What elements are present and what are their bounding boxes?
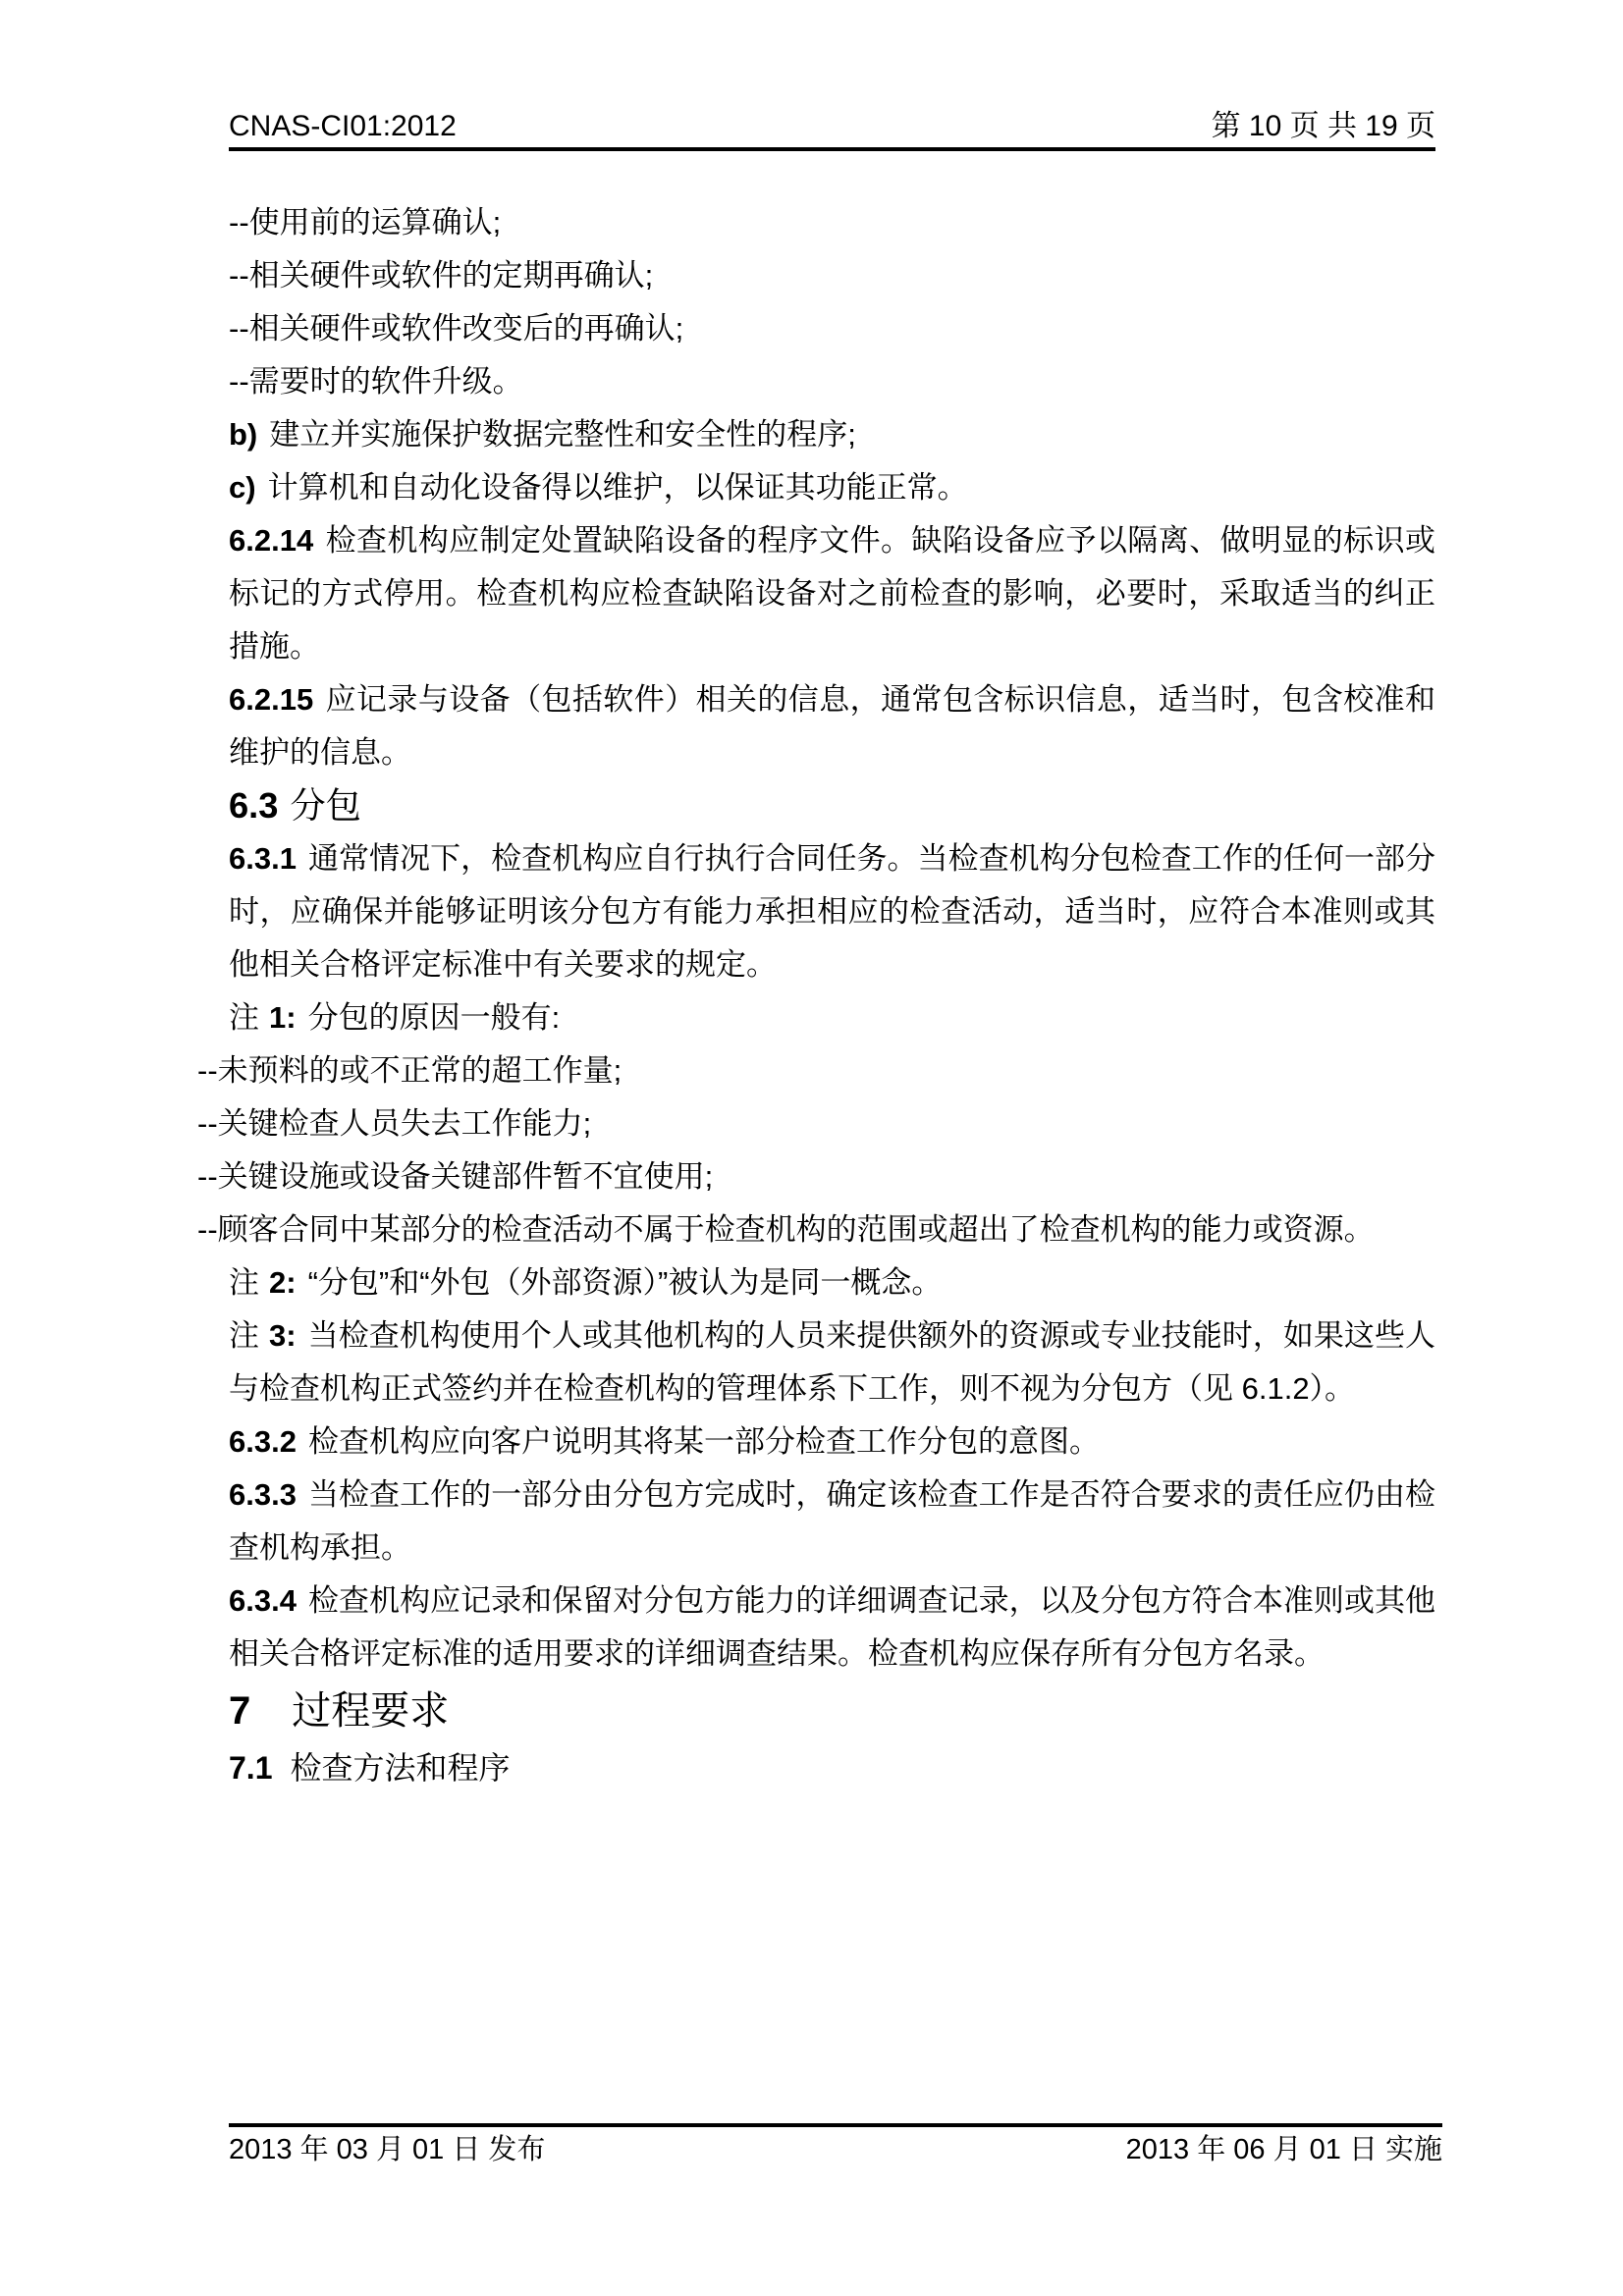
note-2: 注2:“分包”和“外包（外部资源）”被认为是同一概念。 bbox=[229, 1256, 1435, 1309]
clause-6-3-4: 6.3.4检查机构应记录和保留对分包方能力的详细调查记录，以及分包方符合本准则或… bbox=[229, 1575, 1435, 1681]
heading-section-7: 7过程要求 bbox=[229, 1681, 1435, 1741]
letter-item-text: 建立并实施保护数据完整性和安全性的程序; bbox=[269, 417, 856, 452]
note-text: 当检查机构使用个人或其他机构的人员来提供额外的资源或专业技能时，如果这些人与检查… bbox=[229, 1318, 1435, 1406]
clause-6-3-1: 6.3.1通常情况下，检查机构应自行执行合同任务。当检查机构分包检查工作的任何一… bbox=[229, 832, 1435, 991]
note-text: “分包”和“外包（外部资源）”被认为是同一概念。 bbox=[308, 1265, 943, 1300]
clause-text: 检查机构应向客户说明其将某一部分检查工作分包的意图。 bbox=[308, 1424, 1100, 1459]
clause-text: 通常情况下，检查机构应自行执行合同任务。当检查机构分包检查工作的任何一部分时，应… bbox=[229, 841, 1435, 982]
dash-item-software-validation-3: --相关硬件或软件改变后的再确认; bbox=[229, 302, 1435, 355]
document-page: CNAS-CI01:2012 第 10 页 共 19 页 --使用前的运算确认;… bbox=[0, 0, 1623, 2296]
heading-text: 分包 bbox=[290, 785, 361, 826]
note-1: 注1:分包的原因一般有: bbox=[229, 991, 1435, 1044]
letter-item-c: c)计算机和自动化设备得以维护，以保证其功能正常。 bbox=[229, 461, 1435, 514]
note-text: 分包的原因一般有: bbox=[308, 1000, 561, 1035]
clause-number: 6.3.1 bbox=[229, 841, 297, 876]
issue-date: 2013 年 03 月 01 日 发布 bbox=[229, 2133, 545, 2166]
section-number: 7 bbox=[229, 1689, 250, 1733]
letter-item-text: 计算机和自动化设备得以维护，以保证其功能正常。 bbox=[268, 470, 968, 505]
note-3: 注3:当检查机构使用个人或其他机构的人员来提供额外的资源或专业技能时，如果这些人… bbox=[229, 1309, 1435, 1415]
note-label: 注 bbox=[229, 1318, 259, 1353]
dash-item-software-validation-4: --需要时的软件升级。 bbox=[229, 355, 1435, 408]
doc-code: CNAS-CI01:2012 bbox=[229, 110, 457, 143]
clause-text: 应记录与设备（包括软件）相关的信息，通常包含标识信息，适当时，包含校准和维护的信… bbox=[229, 682, 1435, 770]
note-number: 3: bbox=[269, 1318, 297, 1353]
dash-item-subcontract-reason-2: --关键检查人员失去工作能力; bbox=[229, 1097, 1435, 1150]
clause-number: 6.3.4 bbox=[229, 1583, 297, 1618]
clause-6-2-15: 6.2.15应记录与设备（包括软件）相关的信息，通常包含标识信息，适当时，包含校… bbox=[229, 673, 1435, 779]
section-title: 过程要求 bbox=[292, 1689, 449, 1733]
note-label: 注 bbox=[229, 1265, 259, 1300]
header-rule bbox=[229, 147, 1435, 151]
subsection-title: 检查方法和程序 bbox=[290, 1750, 510, 1786]
clause-text: 检查机构应制定处置缺陷设备的程序文件。缺陷设备应予以隔离、做明显的标识或标记的方… bbox=[229, 523, 1435, 664]
clause-number: 6.2.15 bbox=[229, 682, 313, 717]
clause-number: 6.2.14 bbox=[229, 523, 313, 558]
page-number-info: 第 10 页 共 19 页 bbox=[1212, 110, 1435, 143]
dash-item-subcontract-reason-4: --顾客合同中某部分的检查活动不属于检查机构的范围或超出了检查机构的能力或资源。 bbox=[229, 1203, 1435, 1256]
page-header: CNAS-CI01:2012 第 10 页 共 19 页 bbox=[229, 110, 1435, 143]
dash-item-subcontract-reason-1: --未预料的或不正常的超工作量; bbox=[229, 1044, 1435, 1097]
clause-6-3-3: 6.3.3当检查工作的一部分由分包方完成时，确定该检查工作是否符合要求的责任应仍… bbox=[229, 1468, 1435, 1575]
clause-6-2-14: 6.2.14检查机构应制定处置缺陷设备的程序文件。缺陷设备应予以隔离、做明显的标… bbox=[229, 514, 1435, 673]
dash-item-subcontract-reason-3: --关键设施或设备关键部件暂不宜使用; bbox=[229, 1150, 1435, 1203]
letter-item-b: b)建立并实施保护数据完整性和安全性的程序; bbox=[229, 408, 1435, 461]
letter-item-marker: c) bbox=[229, 470, 256, 505]
subsection-number: 7.1 bbox=[229, 1750, 272, 1786]
heading-6-3: 6.3分包 bbox=[229, 779, 1435, 832]
document-body: --使用前的运算确认; --相关硬件或软件的定期再确认; --相关硬件或软件改变… bbox=[229, 196, 1435, 1794]
heading-number: 6.3 bbox=[229, 785, 278, 826]
page-footer: 2013 年 03 月 01 日 发布 2013 年 06 月 01 日 实施 bbox=[229, 2133, 1442, 2166]
implementation-date: 2013 年 06 月 01 日 实施 bbox=[1126, 2133, 1442, 2166]
clause-6-3-2: 6.3.2检查机构应向客户说明其将某一部分检查工作分包的意图。 bbox=[229, 1415, 1435, 1468]
clause-number: 6.3.2 bbox=[229, 1424, 297, 1459]
letter-item-marker: b) bbox=[229, 417, 257, 452]
note-number: 2: bbox=[269, 1265, 297, 1300]
clause-text: 当检查工作的一部分由分包方完成时，确定该检查工作是否符合要求的责任应仍由检查机构… bbox=[229, 1477, 1435, 1565]
dash-item-software-validation-1: --使用前的运算确认; bbox=[229, 196, 1435, 249]
dash-item-software-validation-2: --相关硬件或软件的定期再确认; bbox=[229, 249, 1435, 302]
note-number: 1: bbox=[269, 1000, 297, 1035]
clause-text: 检查机构应记录和保留对分包方能力的详细调查记录，以及分包方符合本准则或其他相关合… bbox=[229, 1583, 1435, 1671]
heading-7-1: 7.1检查方法和程序 bbox=[229, 1741, 1435, 1794]
note-label: 注 bbox=[229, 1000, 259, 1035]
clause-number: 6.3.3 bbox=[229, 1477, 297, 1512]
footer-rule bbox=[229, 2123, 1442, 2127]
